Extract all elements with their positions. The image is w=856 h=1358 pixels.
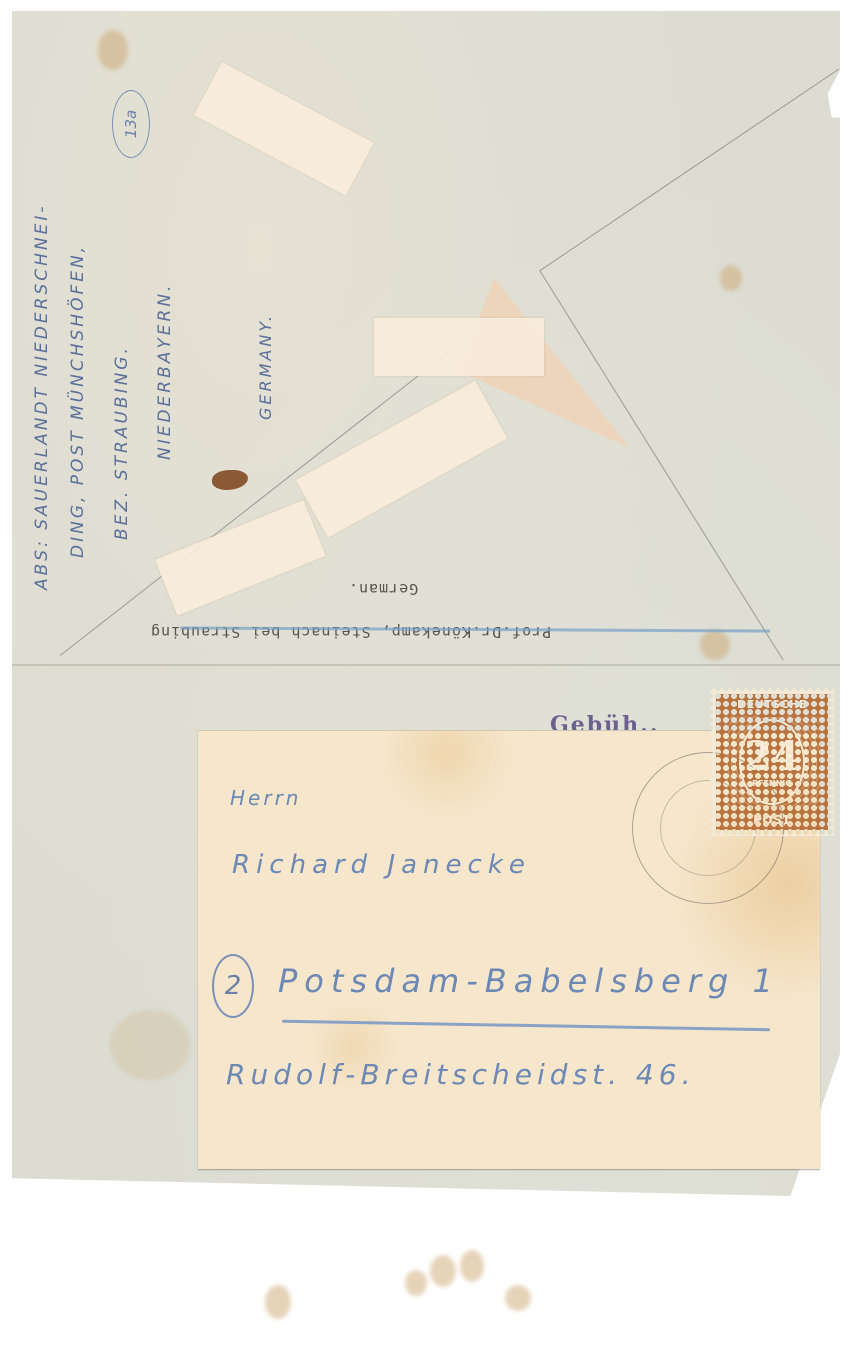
stain [460, 1250, 484, 1282]
stain [110, 1010, 190, 1080]
recipient-salutation: Herrn [230, 786, 301, 810]
stain [720, 265, 742, 291]
sender-line-3: BEZ. STRAUBING. [112, 345, 132, 540]
sender-line-4: NIEDERBAYERN. [155, 283, 175, 460]
sender-line-2: DING, POST MÜNCHSHÖFEN, [68, 244, 88, 558]
postage-stamp: DEUTSCHE 24 PFENNIG POST [710, 688, 834, 836]
reference-number-circle: 13a [112, 90, 150, 158]
stamp-country: DEUTSCHE [737, 698, 807, 711]
stain [265, 1285, 291, 1319]
stamp-bottom-text: POST [753, 813, 791, 827]
typed-country: German. [348, 580, 418, 598]
postal-zone: 2 [225, 971, 242, 1001]
sender-country: GERMANY. [256, 313, 275, 420]
reference-number: 13a [98, 110, 164, 138]
stamp-body: DEUTSCHE 24 PFENNIG POST [716, 694, 828, 830]
stain [405, 1270, 427, 1296]
stain [430, 1255, 456, 1287]
stamp-guilloche: 24 PFENNIG [725, 716, 819, 808]
stamp-denomination: PFENNIG [752, 779, 792, 788]
stain [700, 630, 730, 660]
postal-zone-circle: 2 [212, 954, 254, 1018]
tape-strip [374, 318, 544, 376]
recipient-street: Rudolf-Breitscheidst. 46. [226, 1058, 695, 1091]
stamp-value-oval: 24 PFENNIG [739, 719, 805, 805]
sender-line-1: ABS: SAUERLANDT NIEDERSCHNEI- [32, 204, 52, 591]
stain [98, 30, 128, 70]
fold-crease [12, 664, 840, 666]
recipient-city: Potsdam-Babelsberg 1 [278, 962, 780, 1000]
recipient-name: Richard Janecke [232, 850, 531, 880]
stamp-value: 24 [744, 737, 800, 777]
stain [505, 1285, 531, 1311]
